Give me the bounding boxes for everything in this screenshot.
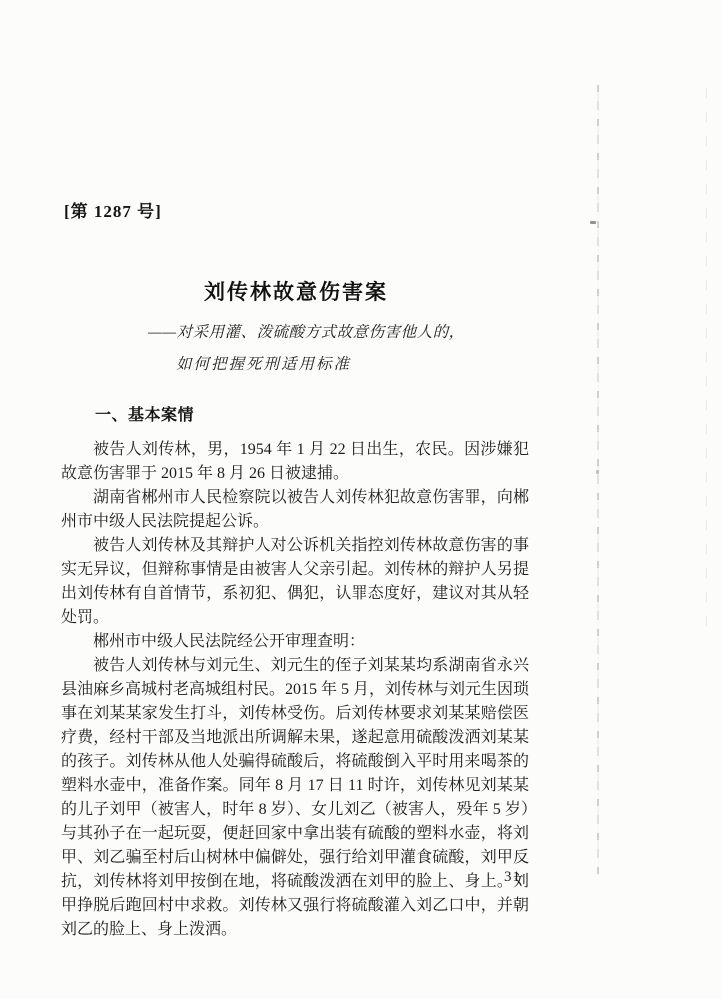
body-paragraph: 湖南省郴州市人民检察院以被告人刘传林犯故意伤害罪，向郴州市中级人民法院提起公诉。	[61, 486, 529, 534]
scan-artifact-speck	[596, 470, 599, 474]
case-subtitle-line-1: ——对采用灌、泼硫酸方式故意伤害他人的，	[148, 320, 465, 342]
scan-artifact-speck	[590, 221, 596, 224]
document-page: [第 1287 号] 刘传林故意伤害案 ——对采用灌、泼硫酸方式故意伤害他人的，…	[0, 0, 722, 999]
scan-artifact-line	[597, 85, 599, 875]
body-paragraph: 被告人刘传林及其辩护人对公诉机关指控刘传林故意伤害的事实无异议，但辩称事情是由被…	[61, 534, 529, 630]
case-subtitle-line-2: 如何把握死刑适用标准	[176, 352, 351, 374]
case-body-text: 被告人刘传林，男，1954 年 1 月 22 日出生，农民。因涉嫌犯故意伤害罪于…	[61, 438, 529, 942]
section-heading-basic-facts: 一、基本案情	[95, 402, 194, 425]
case-title: 刘传林故意伤害案	[61, 276, 531, 306]
page-number: 31	[504, 869, 521, 886]
body-paragraph: 郴州市中级人民法院经公开审理查明：	[61, 630, 529, 654]
scan-artifact-line	[706, 88, 707, 628]
case-number: [第 1287 号]	[64, 197, 162, 222]
body-paragraph: 被告人刘传林与刘元生、刘元生的侄子刘某某均系湖南省永兴县油麻乡高城村老高城组村民…	[61, 654, 529, 942]
body-paragraph: 被告人刘传林，男，1954 年 1 月 22 日出生，农民。因涉嫌犯故意伤害罪于…	[61, 438, 529, 486]
